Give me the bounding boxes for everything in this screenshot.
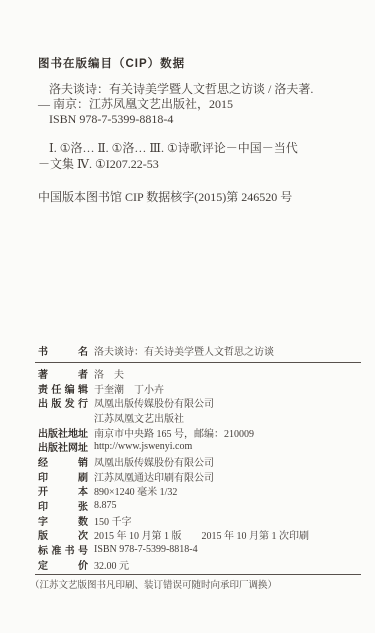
colophon-table: 书名 洛夫谈诗：有关诗美学暨人文哲思之访谈 著者 洛 夫 责任编辑 于奎潮 丁小… [35,340,361,575]
cip-classification-line-1: Ⅰ. ①洛… Ⅱ. ①洛… Ⅲ. ①诗歌评论－中国－当代 [38,141,348,157]
row-label: 印张 [35,498,88,513]
row-publisher-website: 出版社网址 http://www.jswenyi.com [35,439,361,454]
row-publisher: 出版发行 凤凰出版传媒股份有限公司 [35,395,361,410]
row-label: 字数 [35,513,88,528]
row-value: http://www.jswenyi.com [94,441,192,452]
row-edition: 版次 2015 年 10 月第 1 版 2015 年 10 月第 1 次印刷 [35,528,361,543]
row-label: 出版社地址 [35,425,88,440]
row-value: 凤凰出版传媒股份有限公司 [94,395,214,410]
row-label: 标准书号 [35,542,88,557]
reprint-notice: （江苏文艺版图书凡印刷、装订错误可随时向承印厂调换） [30,577,277,591]
row-value: 于奎潮 丁小卉 [94,381,164,396]
row-label: 印刷 [35,469,88,484]
row-value: 江苏凤凰文艺出版社 [94,410,184,425]
row-label: 著者 [35,366,88,381]
row-distributor: 经销 凤凰出版传媒股份有限公司 [35,454,361,469]
cip-record-number: 中国版本图书馆 CIP 数据核字(2015)第 246520 号 [38,188,292,205]
row-value: ISBN 978-7-5399-8818-4 [94,544,198,555]
row-price: 定价 32.00 元 [35,557,361,572]
row-label: 版次 [35,527,88,542]
row-value: 凤凰出版传媒股份有限公司 [94,454,214,469]
cip-description: 洛夫谈诗：有关诗美学暨人文哲思之访谈 / 洛夫著. — 南京：江苏凤凰文艺出版社… [38,82,348,128]
row-author: 著者 洛 夫 [35,366,361,381]
row-publisher-address: 出版社地址 南京市中央路 165 号，邮编：210009 [35,425,361,440]
row-value: 150 千字 [94,513,132,528]
row-responsible-editor: 责任编辑 于奎潮 丁小卉 [35,381,361,396]
row-value: 8.875 [94,500,117,511]
book-copyright-page: 图书在版编目（CIP）数据 洛夫谈诗：有关诗美学暨人文哲思之访谈 / 洛夫著. … [0,0,375,633]
row-value: 南京市中央路 165 号，邮编：210009 [94,425,254,440]
row-format: 开本 890×1240 毫米 1/32 [35,484,361,499]
row-label: 开本 [35,483,88,498]
row-book-title: 书名 洛夫谈诗：有关诗美学暨人文哲思之访谈 [35,340,361,363]
row-value: 江苏凤凰通达印刷有限公司 [94,469,214,484]
row-value: 洛 夫 [94,366,124,381]
row-label: 责任编辑 [35,381,88,396]
row-standard-book-number: 标准书号 ISBN 978-7-5399-8818-4 [35,542,361,557]
row-label: 定价 [35,557,88,572]
row-label: 出版发行 [35,395,88,410]
row-value: 洛夫谈诗：有关诗美学暨人文哲思之访谈 [94,343,274,358]
row-word-count: 字数 150 千字 [35,513,361,528]
cip-isbn-line: ISBN 978-7-5399-8818-4 [38,112,348,127]
cip-data-heading: 图书在版编目（CIP）数据 [38,55,185,71]
row-label: 经销 [35,454,88,469]
cip-classification: Ⅰ. ①洛… Ⅱ. ①洛… Ⅲ. ①诗歌评论－中国－当代 －文集 Ⅳ. ①I20… [38,141,348,173]
row-publisher-line-2: 江苏凤凰文艺出版社 [35,410,361,425]
cip-description-line-1: 洛夫谈诗：有关诗美学暨人文哲思之访谈 / 洛夫著. [38,82,348,97]
row-value: 890×1240 毫米 1/32 [94,483,177,498]
row-label: 书名 [35,343,88,358]
row-printer: 印刷 江苏凤凰通达印刷有限公司 [35,469,361,484]
cip-classification-line-2: －文集 Ⅳ. ①I207.22-53 [38,157,348,173]
row-value: 2015 年 10 月第 1 版 2015 年 10 月第 1 次印刷 [94,527,309,542]
cip-description-line-2: — 南京：江苏凤凰文艺出版社，2015 [38,97,348,112]
row-value: 32.00 元 [94,557,129,572]
row-label: 出版社网址 [35,439,88,454]
row-printed-sheets: 印张 8.875 [35,498,361,513]
